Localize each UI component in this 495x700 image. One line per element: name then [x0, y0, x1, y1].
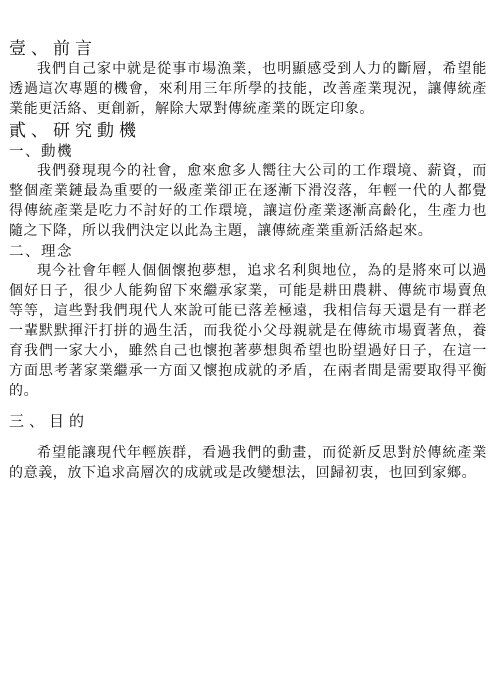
subheading-purpose: 三、目的 — [9, 412, 487, 432]
paragraph-purpose: 希望能讓現代年輕族群，看過我們的動畫，而從新反思對於傳統產業的意義，放下追求高層… — [9, 444, 487, 484]
document-page: 壹、前言 我們自己家中就是從事市場漁業，也明顯感受到人力的斷層，希望能透過這次專… — [0, 0, 495, 700]
paragraph-concept: 現今社會年輕人個個懷抱夢想，追求名利與地位，為的是將來可以過個好日子，很少人能夠… — [9, 262, 487, 402]
subheading-concept: 二、理念 — [9, 242, 487, 262]
paragraph-motive: 我們發現現今的社會，愈來愈多人嚮往大公司的工作環境、薪資，而整個產業鏈最為重要的… — [9, 162, 487, 242]
section-heading-research-motivation: 貳、研究動機 — [9, 120, 487, 142]
subheading-motive: 一、動機 — [9, 142, 487, 162]
section-heading-preface: 壹、前言 — [9, 38, 487, 60]
paragraph-preface: 我們自己家中就是從事市場漁業，也明顯感受到人力的斷層，希望能透過這次專題的機會，… — [9, 60, 487, 120]
